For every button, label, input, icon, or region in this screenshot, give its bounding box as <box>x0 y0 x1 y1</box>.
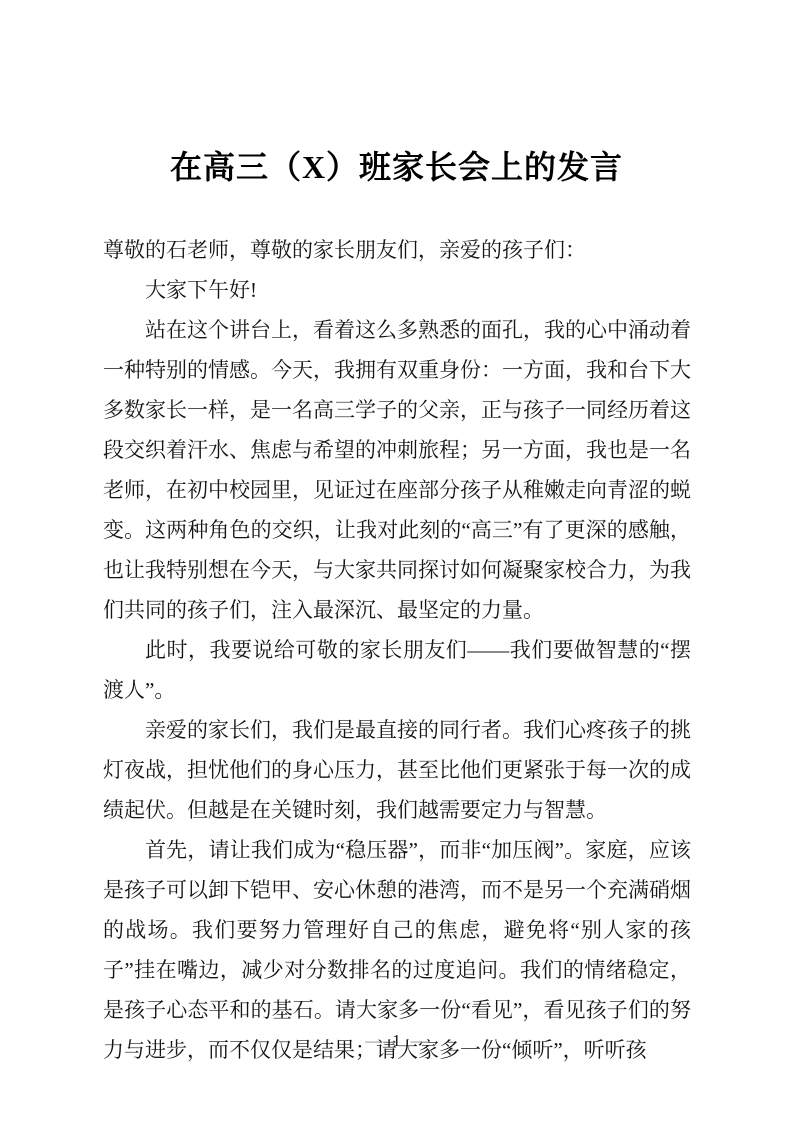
document-title: 在高三（X）班家长会上的发言 <box>0 143 793 191</box>
body-paragraph: 亲爱的家长们，我们是最直接的同行者。我们心疼孩子的挑灯夜战，担忧他们的身心压力，… <box>103 710 691 830</box>
body-paragraph: 站在这个讲台上，看着这么多熟悉的面孔，我的心中涌动着一种特别的情感。今天，我拥有… <box>103 310 691 630</box>
salutation-paragraph: 尊敬的石老师，尊敬的家长朋友们，亲爱的孩子们： <box>103 230 691 270</box>
footer-right-dash: — <box>401 1031 438 1050</box>
footer-left-dash: — <box>355 1031 392 1050</box>
greeting-paragraph: 大家下午好! <box>103 270 691 310</box>
page-number-footer: —1— <box>0 1030 793 1052</box>
page-number: 1 <box>392 1031 401 1050</box>
body-paragraph: 此时，我要说给可敬的家长朋友们——我们要做智慧的“摆渡人”。 <box>103 630 691 710</box>
document-body: 尊敬的石老师，尊敬的家长朋友们，亲爱的孩子们： 大家下午好! 站在这个讲台上，看… <box>103 230 691 1070</box>
document-page: 在高三（X）班家长会上的发言 尊敬的石老师，尊敬的家长朋友们，亲爱的孩子们： 大… <box>0 0 793 1122</box>
